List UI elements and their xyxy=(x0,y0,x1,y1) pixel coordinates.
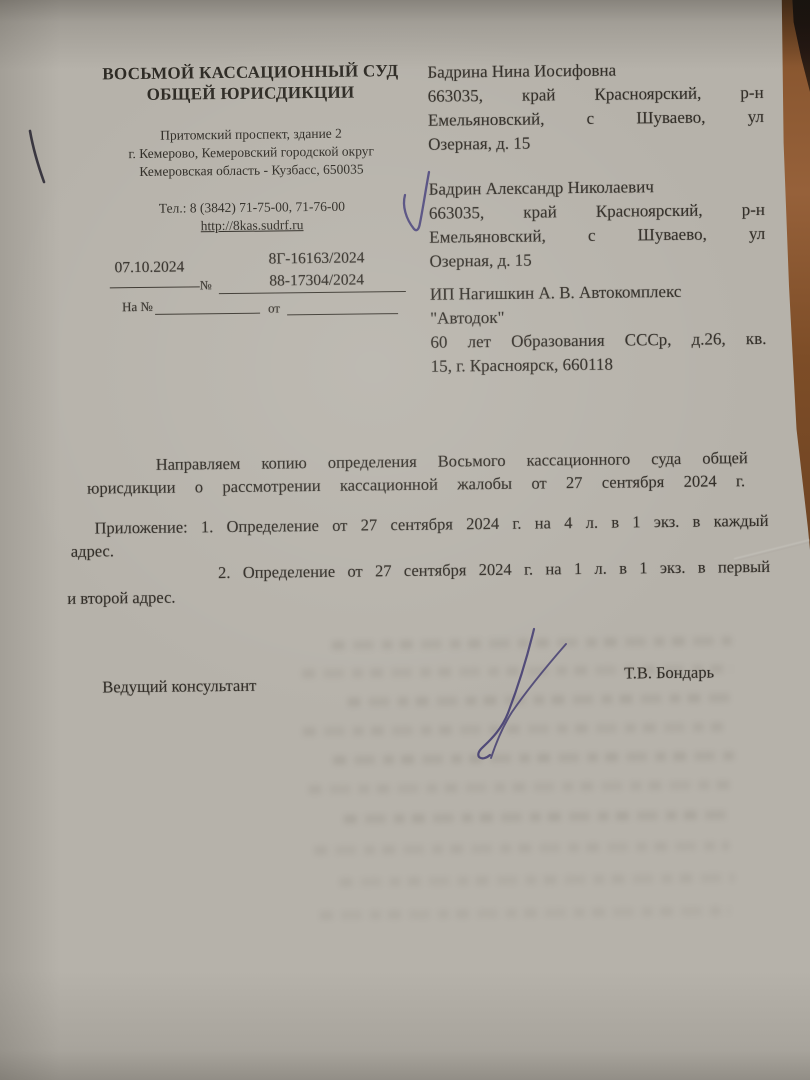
recipient-3-address-line2: 15, г. Красноярск, 660118 xyxy=(431,351,767,379)
letter-body: Направляем копию определения Восьмого ка… xyxy=(0,0,805,5)
attachment-line4: и второй адрес. xyxy=(67,588,175,609)
signer-position-title: Ведущий консультант xyxy=(102,676,256,698)
bleed-through-texture xyxy=(333,751,738,765)
bleed-through-texture xyxy=(314,841,729,855)
reference-block: 07.10.2024 № 8Г-16163/2024 88-17304/2024… xyxy=(0,0,805,5)
recipient-3: ИП Нагишкин А. В. Автокомплекс "Автодок"… xyxy=(430,279,767,379)
bleed-through-texture xyxy=(320,906,730,920)
bleed-through-texture xyxy=(344,810,729,823)
bleed-through-texture xyxy=(303,722,723,736)
bleed-through-texture xyxy=(332,636,732,650)
incoming-number-underline xyxy=(155,313,260,315)
recipient-2-address-line2: Емельяновский, с Шуваево, ул xyxy=(429,222,765,250)
body-paragraph-line1: Направляем копию определения Восьмого ка… xyxy=(156,448,748,475)
recipient-2-address-line3: Озерная, д. 15 xyxy=(429,246,765,274)
attachment-line1: Приложение: 1. Определение от 27 сентябр… xyxy=(94,511,768,539)
case-number-2: 88-17304/2024 xyxy=(226,271,408,291)
bleed-through-texture xyxy=(340,873,735,886)
case-number-underline xyxy=(219,291,406,294)
recipient-1-address-line3: Озерная, д. 15 xyxy=(428,129,764,157)
number-sign: № xyxy=(200,278,212,293)
recipient-1-address-line2: Емельяновский, с Шуваево, ул xyxy=(428,105,764,133)
recipient-1: Бадрина Нина Иосифовна 663035, край Крас… xyxy=(427,57,764,157)
incoming-date-underline xyxy=(287,313,398,315)
paper-sheet: ВОСЬМОЙ КАССАЦИОННЫЙ СУД ОБЩЕЙ ЮРИСДИКЦИ… xyxy=(0,0,810,1080)
attachment-line3: 2. Определение от 27 сентября 2024 г. на… xyxy=(218,557,770,583)
court-website: http://8kas.sudrf.ru xyxy=(87,215,417,237)
court-letterhead: ВОСЬМОЙ КАССАЦИОННЫЙ СУД ОБЩЕЙ ЮРИСДИКЦИ… xyxy=(85,0,415,4)
recipient-2: Бадрин Александр Николаевич 663035, край… xyxy=(429,174,766,274)
date-underline xyxy=(110,286,200,288)
incoming-date-label: от xyxy=(268,300,280,316)
bleed-through-texture xyxy=(308,780,733,794)
incoming-number-label: На № xyxy=(122,299,153,315)
court-address-line3: Кемеровская область - Кузбасс, 650035 xyxy=(86,160,416,182)
bleed-through-texture xyxy=(347,693,737,706)
attachment-line2: адрес. xyxy=(71,541,114,561)
recipient-3-address-line1: 60 лет Образования СССр, д.26, кв. xyxy=(430,327,766,355)
court-name-line2: ОБЩЕЙ ЮРИСДИКЦИИ xyxy=(85,81,415,106)
document-photo: ВОСЬМОЙ КАССАЦИОННЫЙ СУД ОБЩЕЙ ЮРИСДИКЦИ… xyxy=(0,0,810,1080)
case-number-1: 8Г-16163/2024 xyxy=(225,249,407,269)
body-paragraph-line2: юрисдикции о рассмотрении кассационной ж… xyxy=(87,471,745,498)
letter-date: 07.10.2024 xyxy=(114,258,184,277)
